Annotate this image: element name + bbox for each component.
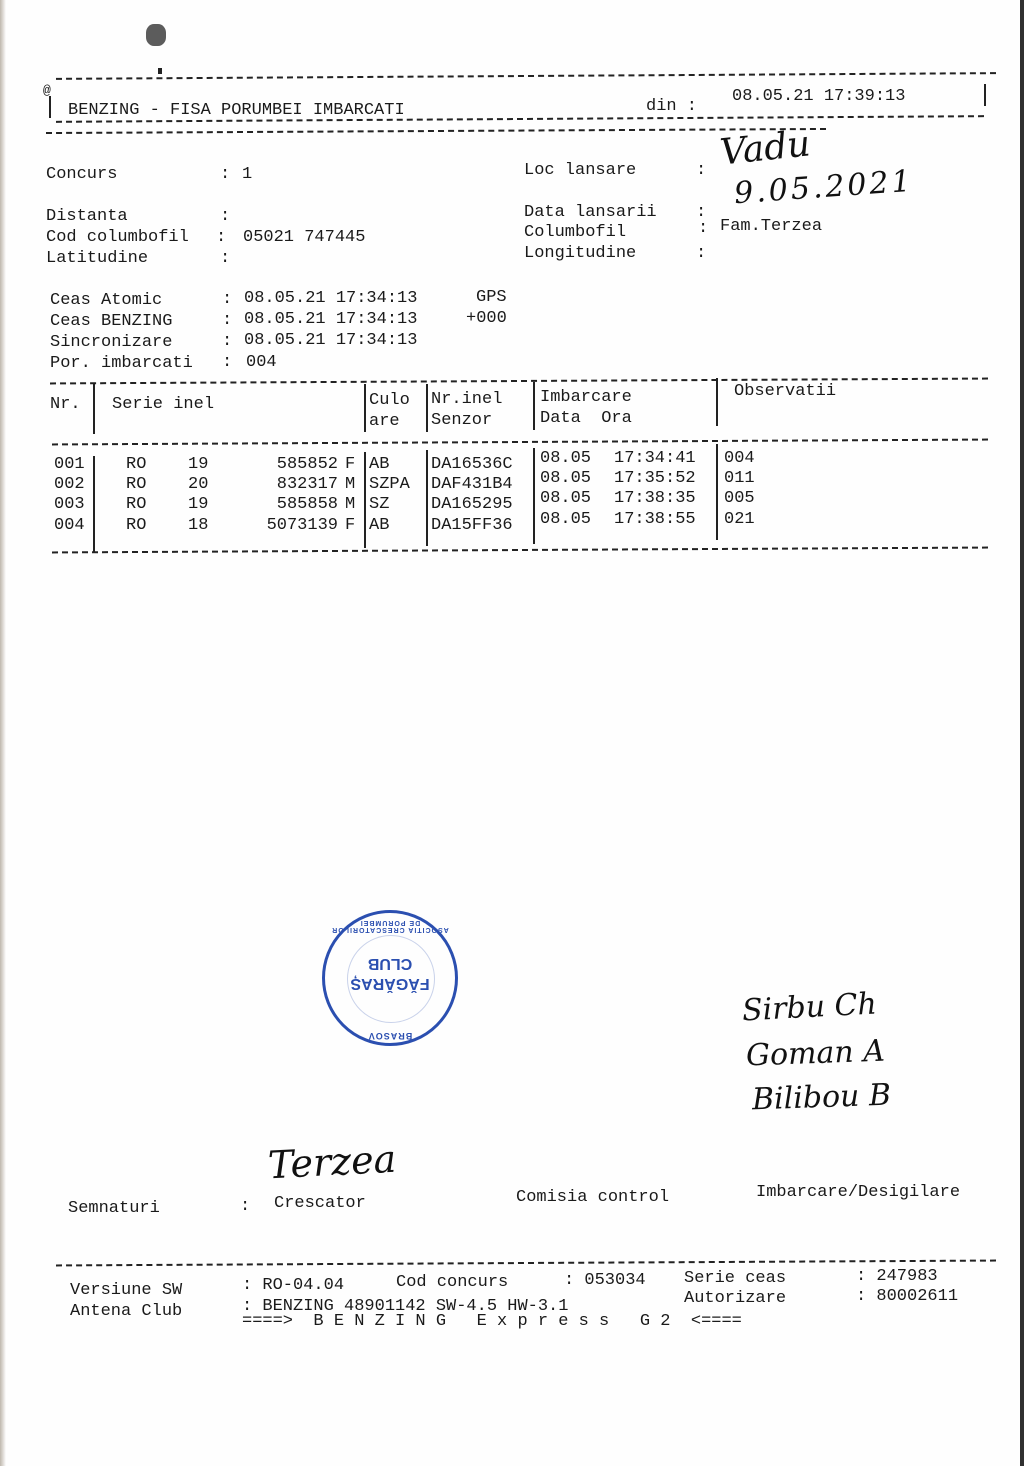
header-top-border [56,72,996,80]
cell-color: AB [369,454,389,475]
header-imbarcare-2: Data Ora [540,408,632,429]
cell-sensor: DA165295 [431,494,513,515]
sincronizare-sep: : [222,331,232,352]
cell-country: RO [126,494,146,515]
col-divider [716,444,718,540]
commission-signature-1: Sirbu Ch [741,986,877,1028]
cell-nr: 003 [54,494,85,515]
cod-concurs-value: : 053034 [564,1270,646,1291]
por-imbarcati-value: 004 [246,352,277,373]
stamp-center-line2: FĂGĂRAȘ [325,973,455,993]
cell-country: RO [126,515,146,536]
ceas-benzing-extra: +000 [466,308,507,329]
columbofil-value: Fam.Terzea [720,216,822,237]
header-left-bar [49,96,51,118]
document-page: @ BENZING - FISA PORUMBEI IMBARCATI din … [0,0,1024,1466]
ceas-atomic-extra: GPS [476,287,507,308]
cell-sensor: DA15FF36 [431,515,513,536]
cell-sex: M [345,494,355,515]
col-divider [716,378,718,426]
latitudine-sep: : [220,248,230,269]
loc-lansare-sep: : [696,160,706,181]
commission-signature-3: Bilibou B [751,1078,891,1118]
autorizare-label: Autorizare [684,1288,786,1309]
concurs-sep: : [220,164,230,185]
concurs-label: Concurs [46,164,117,185]
longitudine-sep: : [696,243,706,264]
semnaturi-label: Semnaturi [68,1198,160,1219]
cell-date: 08.05 [540,448,591,469]
header-nr-inel-1: Nr.inel [431,389,502,410]
header-right-bar [984,84,986,106]
paper-edge-left [0,0,6,1466]
versiune-sw-label: Versiune SW [70,1280,182,1301]
concurs-value: 1 [242,164,252,185]
sincronizare-value: 08.05.21 17:34:13 [244,330,417,351]
header-observatii: Observatii [734,381,836,402]
cell-time: 17:38:35 [614,488,696,509]
cell-ring-number: 5073139 [258,515,338,536]
crescator-label: Crescator [274,1193,366,1214]
cell-ring-number: 832317 [258,474,338,495]
distanta-label: Distanta [46,206,128,227]
loc-lansare-handwritten: Vadu [718,123,812,173]
cell-nr: 001 [54,454,85,475]
columbofil-sep: : [698,218,708,239]
semnaturi-sep: : [240,1196,250,1217]
cell-color: SZ [369,494,389,515]
antena-club-label: Antena Club [70,1301,182,1322]
cod-columbofil-label: Cod columbofil [46,227,189,248]
cell-time: 17:38:55 [614,509,696,530]
commission-signature-2: Goman A [745,1034,885,1074]
cell-observatii: 005 [724,488,755,509]
cell-observatii: 004 [724,448,755,469]
cell-sensor: DA16536C [431,454,513,475]
cod-concurs-label: Cod concurs [396,1272,508,1293]
latitudine-label: Latitudine [46,248,148,269]
cell-time: 17:35:52 [614,468,696,489]
ceas-benzing-value: 08.05.21 17:34:13 [244,309,417,330]
crescator-signature: Terzea [267,1137,397,1188]
cell-date: 08.05 [540,468,591,489]
col-divider [364,384,366,432]
stamp-top-text: BRASOV [325,1031,455,1041]
versiune-sw-value: : RO-04.04 [242,1275,344,1296]
col-divider [533,448,535,544]
col-divider [93,384,95,434]
cell-ring-number: 585852 [258,454,338,475]
cell-year: 20 [188,474,208,495]
cell-color: SZPA [369,474,410,495]
stamp-ring-text: ASOCITIA CRESCATORILOR DE PORUMBEI [325,919,455,933]
comisia-control-label: Comisia control [516,1187,669,1208]
cell-sex: F [345,454,355,475]
cod-columbofil-value: 05021 747445 [243,227,365,248]
header-imbarcare-1: Imbarcare [540,387,632,408]
col-divider [93,456,95,552]
distanta-sep: : [220,206,230,227]
cell-sex: M [345,474,355,495]
paper-edge-right [1020,0,1024,1466]
cell-time: 17:34:41 [614,448,696,469]
cell-observatii: 021 [724,509,755,530]
din-timestamp: 08.05.21 17:39:13 [732,86,905,107]
stamp-center-line1: CLUB [325,953,455,973]
header-nr-inel-2: Senzor [431,410,492,431]
footer-top-border [56,1260,996,1267]
col-divider [533,382,535,430]
cell-year: 19 [188,494,208,515]
cell-observatii: 011 [724,468,755,489]
serie-ceas-label: Serie ceas [684,1268,786,1289]
brand-line: ====> B E N Z I N G E x p r e s s G 2 <=… [242,1311,742,1332]
header-bottom-border [52,439,988,446]
data-lansarii-label: Data lansarii [524,202,657,223]
club-stamp: BRASOV ASOCITIA CRESCATORILOR DE PORUMBE… [322,910,458,1046]
cell-country: RO [126,474,146,495]
ceas-atomic-sep: : [222,289,232,310]
cell-ring-number: 585858 [258,494,338,515]
header-culoare-2: are [369,411,400,432]
cell-sex: F [345,515,355,536]
header-bottom-border [46,128,826,134]
ceas-benzing-label: Ceas BENZING [50,311,172,332]
stamp-center: FĂGĂRAȘ CLUB [325,953,455,993]
ceas-benzing-sep: : [222,310,232,331]
columbofil-label: Columbofil [524,222,626,243]
header-serie-inel: Serie inel [112,394,214,415]
header-culoare-1: Culo [369,390,410,411]
table-bottom-border [52,547,988,554]
ceas-atomic-label: Ceas Atomic [50,290,162,311]
col-divider [364,452,366,548]
cell-date: 08.05 [540,509,591,530]
cell-year: 18 [188,515,208,536]
col-divider [426,450,428,546]
autorizare-value: : 80002611 [856,1286,958,1307]
cell-color: AB [369,515,389,536]
sincronizare-label: Sincronizare [50,332,172,353]
cell-date: 08.05 [540,488,591,509]
col-divider [426,384,428,432]
cell-country: RO [126,454,146,475]
cod-columbofil-sep: : [216,227,226,248]
cell-year: 19 [188,454,208,475]
serie-ceas-value: : 247983 [856,1266,938,1287]
ink-speck [158,68,162,74]
por-imbarcati-label: Por. imbarcati [50,353,193,374]
header-nr: Nr. [50,394,81,415]
cell-nr: 002 [54,474,85,495]
longitudine-label: Longitudine [524,243,636,264]
ceas-atomic-value: 08.05.21 17:34:13 [244,288,417,309]
data-lansarii-handwritten: 9.05.2021 [733,164,915,211]
din-label: din : [646,96,697,117]
loc-lansare-label: Loc lansare [524,160,636,181]
ink-speck [146,24,166,46]
page-title: BENZING - FISA PORUMBEI IMBARCATI [68,100,405,121]
cell-nr: 004 [54,515,85,536]
por-imbarcati-sep: : [222,352,232,373]
table-top-border [50,378,988,385]
cell-sensor: DAF431B4 [431,474,513,495]
imbarcare-desigilare-label: Imbarcare/Desigilare [756,1182,960,1203]
